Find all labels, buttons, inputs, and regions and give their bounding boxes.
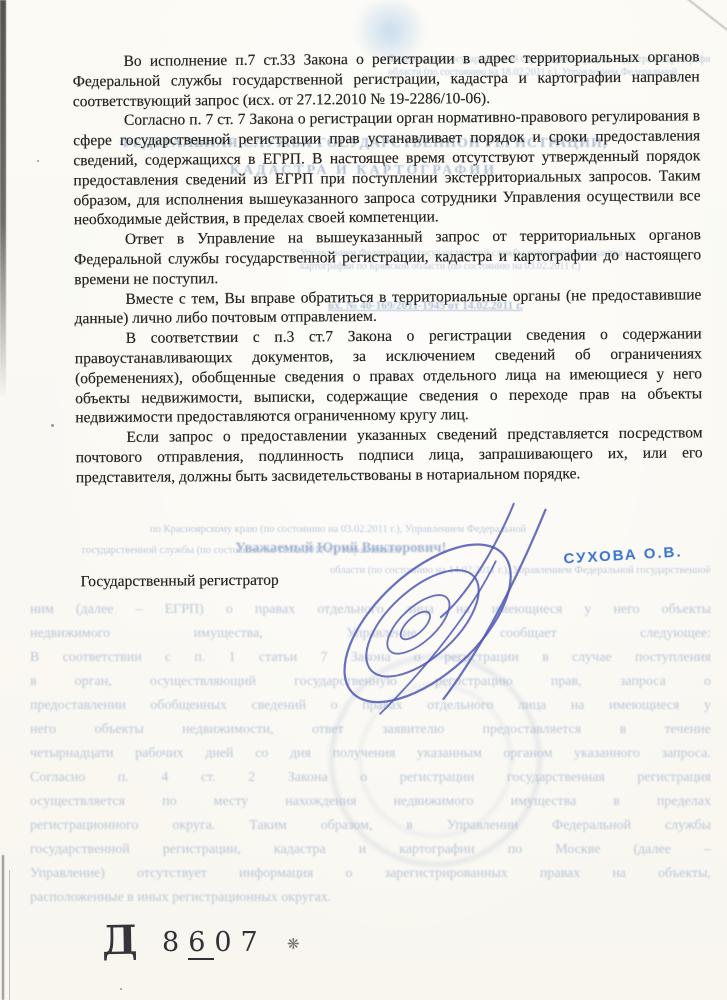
letter-paragraph: В соответствии с п.3 ст.7 Закона о регис…	[75, 324, 703, 428]
letter-paragraph: Согласно п. 7 ст. 7 Закона о регистрации…	[73, 107, 701, 231]
letter-paragraph: Если запрос о предоставлении указанных с…	[75, 423, 702, 487]
registrar-name-stamp: СУХОВА О.В.	[563, 543, 683, 567]
signer-role: Государственный регистратор	[81, 572, 279, 592]
letter-paragraph: Ответ в Управление на вышеуказанный запр…	[74, 226, 701, 290]
signature-ink	[318, 501, 568, 718]
scan-edge-line	[2, 855, 4, 1000]
scan-edge-line	[9, 870, 10, 1000]
scan-edge-shadow	[0, 0, 6, 400]
scan-speck	[120, 988, 122, 990]
letter-body: Во исполнение п.7 ст.33 Закона о регистр…	[72, 47, 702, 487]
letter-paragraph: Во исполнение п.7 ст.33 Закона о регистр…	[72, 47, 699, 111]
letter-paragraph: Вместе с тем, Вы вправе обратиться в тер…	[74, 285, 701, 330]
scan-speck	[37, 160, 39, 162]
letter-content: Во исполнение п.7 ст.33 Закона о регистр…	[0, 0, 727, 1000]
scanned-letter-page: Федеральной государственной службы регис…	[0, 0, 727, 1000]
scan-speck	[51, 424, 54, 427]
